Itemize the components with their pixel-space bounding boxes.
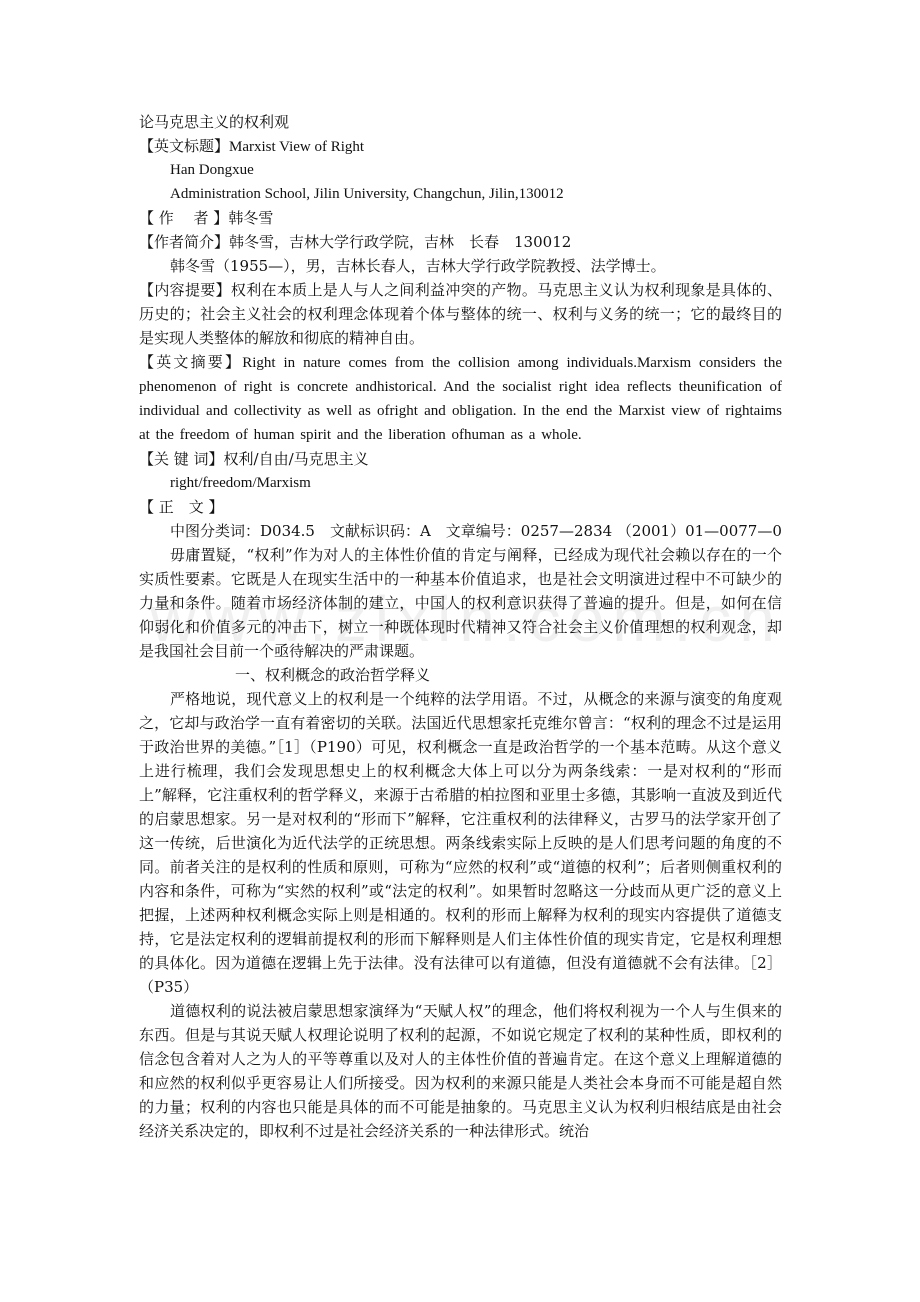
intro-section: 毋庸置疑，“权利”作为对人的主体性价值的肯定与阐释，已经成为现代社会赖以存在的一… [139, 543, 782, 663]
paragraph: 毋庸置疑，“权利”作为对人的主体性价值的肯定与阐释，已经成为现代社会赖以存在的一… [139, 543, 782, 663]
keywords-row: 【关 键 词】权利/自由/马克思主义 [139, 447, 782, 471]
english-keywords: right/freedom/Marxism [139, 471, 782, 495]
section-1-body: 严格地说，现代意义上的权利是一个纯粹的法学用语。不过，从概念的来源与演变的角度观… [139, 687, 782, 1143]
keywords: 权利/自由/马克思主义 [224, 450, 369, 468]
document-page: 论马克思主义的权利观 【英文标题】Marxist View of Right H… [139, 110, 782, 1143]
author-bio-row: 【作者简介】韩冬雪，吉林大学行政学院，吉林 长春 130012 [139, 230, 782, 254]
abstract-text: 权利在本质上是人与人之间利益冲突的产物。马克思主义认为权利现象是具体的、历史的；… [139, 281, 782, 347]
paragraph: 严格地说，现代意义上的权利是一个纯粹的法学用语。不过，从概念的来源与演变的角度观… [139, 687, 782, 999]
classification-line: 中图分类词：D034.5 文献标识码：A 文章编号：0257—2834 （200… [139, 519, 782, 543]
author-row: 【 作 者 】韩冬雪 [139, 206, 782, 230]
abstract-label: 【内容提要】 [139, 281, 231, 299]
english-abstract-block: 【英文摘要】Right in nature comes from the col… [139, 350, 782, 447]
english-abstract-label: 【英文摘要】 [139, 353, 242, 371]
section-heading: 一、权利概念的政治哲学释义 [139, 663, 782, 687]
author-label: 【 作 者 】 [139, 209, 228, 227]
author-bio-label: 【作者简介】 [139, 233, 229, 251]
abstract-block: 【内容提要】权利在本质上是人与人之间利益冲突的产物。马克思主义认为权利现象是具体… [139, 278, 782, 350]
author-bio: 韩冬雪，吉林大学行政学院，吉林 长春 130012 [229, 233, 571, 251]
english-author: Han Dongxue [139, 158, 782, 182]
english-title-label: 【英文标题】 [139, 137, 229, 155]
author-bio-detail: 韩冬雪（1955—），男，吉林长春人，吉林大学行政学院教授、法学博士。 [139, 254, 782, 278]
english-affiliation: Administration School, Jilin University,… [139, 182, 782, 206]
english-title: Marxist View of Right [229, 139, 364, 155]
body-label: 【 正 文 】 [139, 495, 782, 519]
author-name: 韩冬雪 [228, 209, 273, 227]
paragraph: 道德权利的说法被启蒙思想家演绎为“天赋人权”的理念，他们将权利视为一个人与生俱来… [139, 999, 782, 1143]
english-title-row: 【英文标题】Marxist View of Right [139, 134, 782, 158]
document-title: 论马克思主义的权利观 [139, 110, 782, 134]
keywords-label: 【关 键 词】 [139, 450, 224, 468]
